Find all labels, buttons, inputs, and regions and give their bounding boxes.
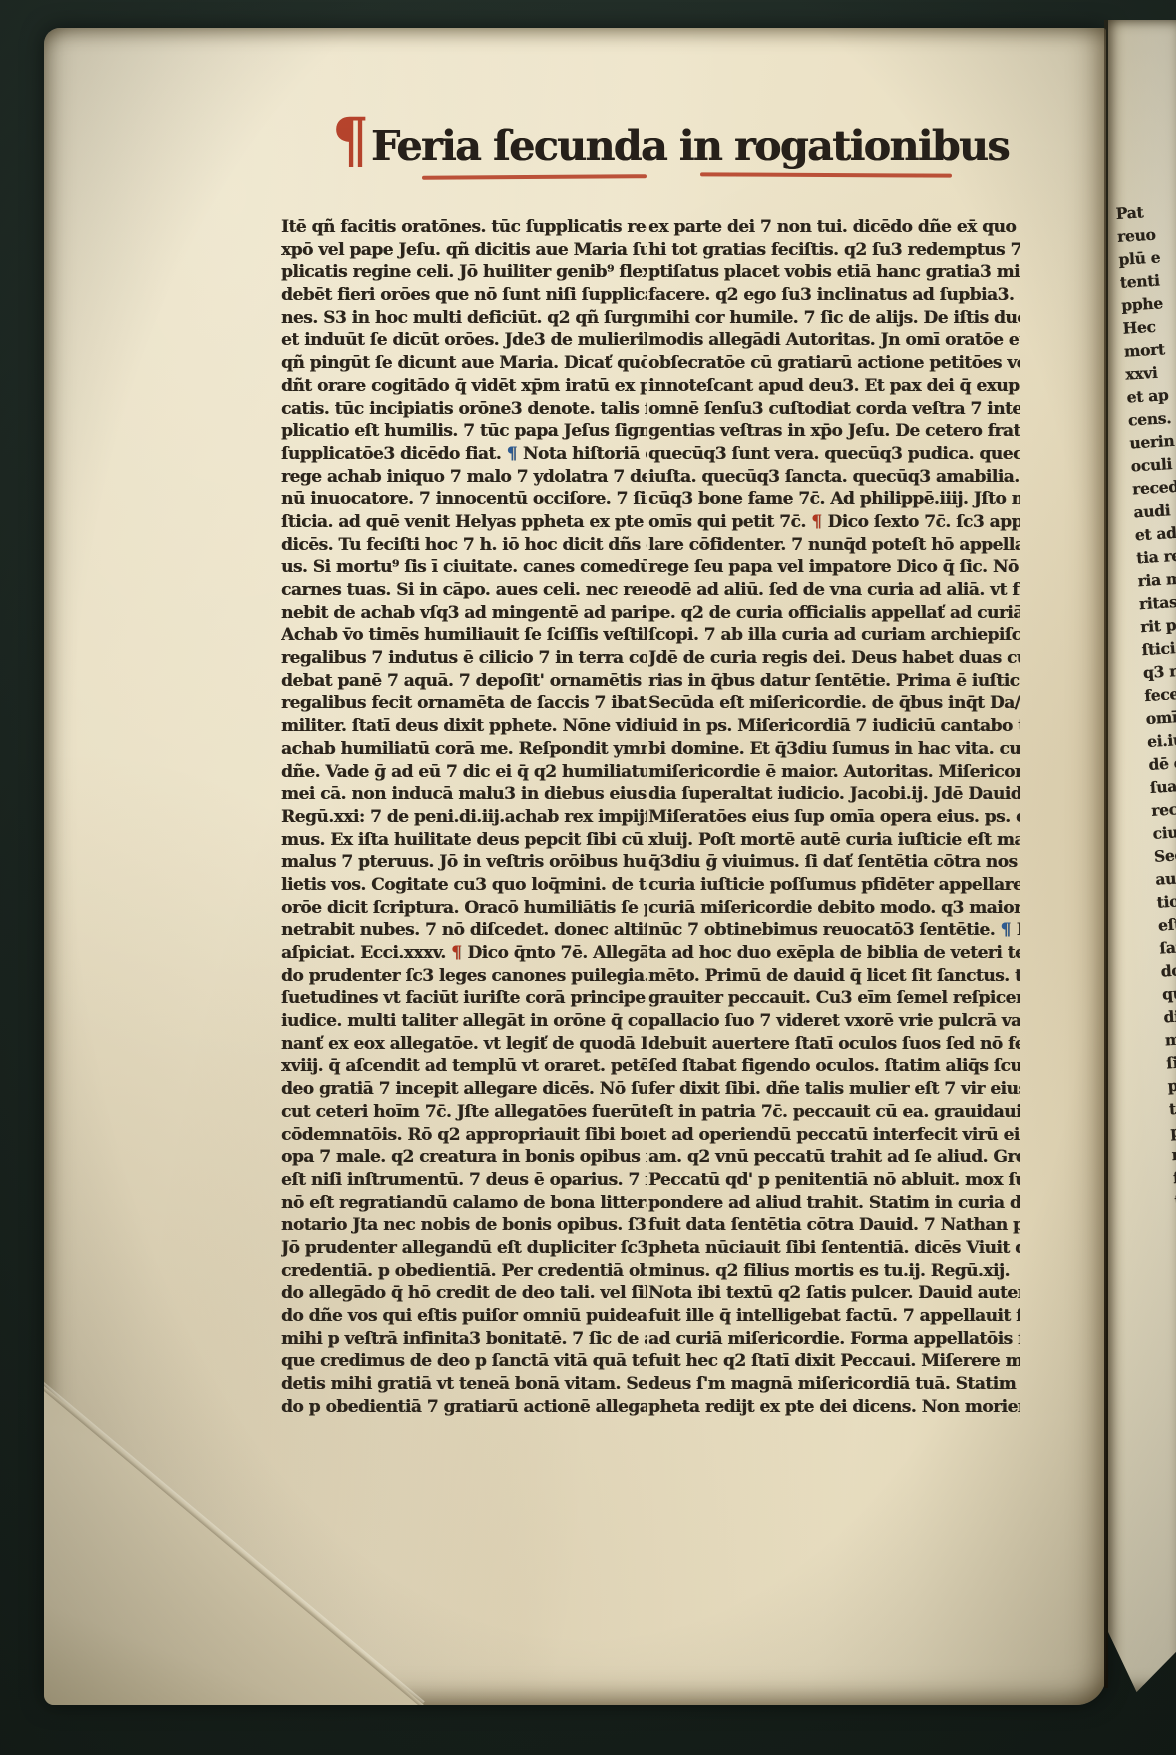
text-line: fuit hec q2 ſtatī dixit Peccaui. Miſerer… <box>648 1350 1020 1373</box>
text-line: minus. q2 filius mortis es tu.ij. Regū.x… <box>648 1260 1020 1283</box>
text-column-right: ex parte dei 7 non tui. dicēdo dñe ex̄ q… <box>648 216 1020 1418</box>
text-line: nanť ex eox allegatōe. vt legiť de quodā… <box>281 1033 647 1056</box>
text-line: mēto. Primū de dauid q̄ licet ſit ſanctu… <box>648 965 1020 988</box>
page-gutter <box>1104 20 1108 1688</box>
text-line: lare cōfidenter. 7 nunq̄d poteſt hō appe… <box>648 534 1020 557</box>
text-line: qñ pingūt ſe dicunt aue Maria. Dicať quō <box>281 352 647 375</box>
text-line: gentias veſtras in xp̄o Jeſu. De cetero … <box>648 420 1020 443</box>
text-line: Nota ibi textū q2 ſatis pulcer. Dauid au… <box>648 1282 1020 1305</box>
text-line: achab humiliatū corā me. Reſpondit ymmo <box>281 738 647 761</box>
text-line: ſupplicatōe3 dicēdo fiat. ¶ Nota hiſtori… <box>281 443 647 466</box>
text-line: detis mihi gratiā vt teneā bonā vitam. S… <box>281 1373 647 1396</box>
text-line: nūc 7 obtinebimus reuocatō3 ſentētie. ¶ … <box>648 919 1020 942</box>
text-line: Peccatū qd' p penitentiā nō abluit. mox … <box>648 1169 1020 1192</box>
text-line: carnes tuas. Si in cāpo. aues celi. nec … <box>281 579 647 602</box>
text-line: orōe dicit ſcriptura. Oracō humiliātis ſ… <box>281 897 647 920</box>
text-line: malus 7 pteruus. Jō in veſtris orōibus h… <box>281 851 647 874</box>
text-line: catis. tūc incipiatis orōne3 denote. tal… <box>281 398 647 421</box>
text-line: do p obedientiā 7 gratiarū actionē alleg… <box>281 1396 647 1419</box>
text-line: fuit data ſentētia cōtra Dauid. 7 Nathan… <box>648 1214 1020 1237</box>
text-line: curiā miſericordie debito modo. q3 maior… <box>648 897 1020 920</box>
text-line: ſticia. ad quē venit Helyas ppheta ex pt… <box>281 511 647 534</box>
next-leaf-edge: Patreuoplū etentippheHecmortxxviet apcen… <box>1108 20 1176 1692</box>
text-line: ptiſatus placet vobis etiā hanc gratia3 … <box>648 261 1020 284</box>
text-line: am. q2 vnū peccatū trahit ad ſe aliud. G… <box>648 1146 1020 1169</box>
text-line: pheta redijt ex pte dei dicens. Non mori… <box>648 1396 1020 1419</box>
text-line: Itē qñ facitis oratōnes. tūc ſupplicatis… <box>281 216 647 239</box>
text-line: iuſta. quecūq3 ſancta. quecūq3 amabilia.… <box>648 466 1020 489</box>
text-line: opa 7 male. q2 creatura in bonis opibus … <box>281 1146 647 1169</box>
text-line: netrabit nubes. 7 nō diſcedet. donec alt… <box>281 919 647 942</box>
text-line: lietis vos. Cogitate cu3 quo loq̄mini. d… <box>281 874 647 897</box>
text-line: Miſeratōes eius ſup omīa opera eius. ps.… <box>648 806 1020 829</box>
text-line: que credimus de deo p ſanctā vitā quā te… <box>281 1350 647 1373</box>
text-line: ad curiā miſericordie. Forma appellatōis… <box>648 1328 1020 1351</box>
text-line: eſt niſi inſtrumentū. 7 deus ē oparius. … <box>281 1169 647 1192</box>
text-line: grauiter peccauit. Cu3 eīm ſemel reſpice… <box>648 987 1020 1010</box>
text-line: cōdemnatōis. Rō q2 appropriauit ſibi bon… <box>281 1124 647 1147</box>
text-line: militer. ſtatī deus dixit pphete. Nōne v… <box>281 715 647 738</box>
text-line: Jdē de curia regis dei. Deus habet duas … <box>648 647 1020 670</box>
text-line: debēt fieri orōes que nō ſunt niſi ſuppl… <box>281 284 647 307</box>
text-line: debat panē 7 aquā. 7 depoſit' ornamētis … <box>281 670 647 693</box>
text-line: dicēs. Tu feciſti hoc 7 h. iō hoc dicit … <box>281 534 647 557</box>
text-line: ſuetudines vt faciūt iuriſte corā princi… <box>281 987 647 1010</box>
text-line: notario Jta nec nobis de bonis opibus. ſ… <box>281 1214 647 1237</box>
text-line: rege ſeu papa vel impatore Dico q̄ ſic. … <box>648 556 1020 579</box>
pilcrow-mark: ¶ <box>507 444 518 464</box>
text-column-left: Itē qñ facitis oratōnes. tūc ſupplicatis… <box>281 216 647 1418</box>
heading-underline-left <box>422 174 647 180</box>
text-line: rias in q̄bus datur ſentētie. Prima ē iu… <box>648 670 1020 693</box>
text-line: et induūt ſe dicūt orōes. Jde3 de mulier… <box>281 329 647 352</box>
text-line: xviij. q̄ aſcendit ad templū vt oraret. … <box>281 1055 647 1078</box>
text-line: xluij. Poſt mortē autē curia iuſticie eſ… <box>648 829 1020 852</box>
text-line: us. Si mortu⁹ ſis ī ciuitate. canes come… <box>281 556 647 579</box>
next-leaf-text-column: Patreuoplū etentippheHecmortxxviet apcen… <box>1115 195 1176 1419</box>
text-line: ſcopi. 7 ab illa curia ad curiam archiep… <box>648 624 1020 647</box>
text-line: mihi p veſtrā infinita3 bonitatē. 7 ſic … <box>281 1328 647 1351</box>
text-line: nes. S3 in hoc multi deficiūt. q2 qñ ſur… <box>281 307 647 330</box>
text-line: uid in ps. Miſericordiā 7 iudiciū cantab… <box>648 715 1020 738</box>
text-line: q̄3diu ḡ viuimus. ſi dať ſentētia cōtra … <box>648 851 1020 874</box>
text-line: fuit ille q̄ intelligebat factū. 7 appel… <box>648 1305 1020 1328</box>
text-line: cut ceteri hoīm 7c̄. Jſte allegatōes fue… <box>281 1101 647 1124</box>
book-page: ¶ Feria ſecunda in rogationibus Itē qñ f… <box>44 28 1106 1705</box>
text-line: mihi cor humile. 7 ſic de alijs. De iſti… <box>648 307 1020 330</box>
text-line: facere. q2 ego ſu3 inclinatus ad ſupbia3… <box>648 284 1020 307</box>
text-line: miſericordie ē maior. Autoritas. Miſeric… <box>648 761 1020 784</box>
text-line: rege achab iniquo 7 malo 7 ydolatra 7 de… <box>281 466 647 489</box>
text-line: dñe. Vade ḡ ad eū 7 dic ei q̄ q2 humilia… <box>281 761 647 784</box>
text-line: deus ſ'm magnā miſericordiā tuā. Statim … <box>648 1373 1020 1396</box>
text-line: pallacio ſuo 7 videret vxorē vrie pulcrā… <box>648 1010 1020 1033</box>
text-line: fer dixit ſibi. dñe talis mulier eſt 7 v… <box>648 1078 1020 1101</box>
text-line: pheta nūciauit ſibi ſententiā. dicēs Viu… <box>648 1237 1020 1260</box>
text-line: regalibus 7 indutus ē cilicio 7 in terra… <box>281 647 647 670</box>
text-line: nū inuocatore. 7 innocentū occiſore. 7 ſ… <box>281 488 647 511</box>
text-line: pondere ad aliud trahit. Statim in curia… <box>648 1192 1020 1215</box>
text-line: curia iuſticie poſſumus pfidēter appella… <box>648 874 1020 897</box>
heading-underline-right <box>700 172 952 177</box>
text-line: dñt orare cogitādo q̄ vidēt xp̄m iratū e… <box>281 375 647 398</box>
text-line: deo gratiā 7 incepit allegare dicēs. Nō … <box>281 1078 647 1101</box>
page-heading: ¶ Feria ſecunda in rogationibus <box>332 114 992 170</box>
text-line: ſed ſtabat figendo oculos. ſtatim aliq̄s… <box>648 1055 1020 1078</box>
text-line: do allegādo q̄ hō credit de deo tali. ve… <box>281 1282 647 1305</box>
text-line: mei cā. non inducā malu3 in diebus eius.… <box>281 783 647 806</box>
text-line: eodē ad aliū. ſed de vna curia ad aliā. … <box>648 579 1020 602</box>
text-line: Regū.xxi: 7 de peni.di.iij.achab rex imp… <box>281 806 647 829</box>
text-line: aſpiciat. Ecci.xxxv. ¶ Dico q̄nto 7ē. Al… <box>281 942 647 965</box>
text-line: pe. q2 de curia officialis appellať ad c… <box>648 602 1020 625</box>
heading-title: Feria ſecunda in rogationibus <box>371 122 1009 170</box>
text-line: modis allegādi Autoritas. Jn omī oratōe … <box>648 329 1020 352</box>
text-line: plicatio eſt humilis. 7 tūc papa Jeſus ſ… <box>281 420 647 443</box>
pilcrow-mark: ¶ <box>811 512 822 532</box>
text-line: ta ad hoc duo exēpla de biblia de veteri… <box>648 942 1020 965</box>
text-line: iudice. multi taliter allegāt in orōne q… <box>281 1010 647 1033</box>
text-line: nebit de achab vſq3 ad mingentē ad parie… <box>281 602 647 625</box>
pilcrow-mark: ¶ <box>451 943 462 963</box>
text-line: debuit auertere ſtatī oculos ſuos ſed nō… <box>648 1033 1020 1056</box>
text-line: omīs qui petit 7c̄. ¶ Dico ſexto 7c̄. ſc… <box>648 511 1020 534</box>
text-line: innoteſcant apud deu3. Et pax dei q̄ exu… <box>648 375 1020 398</box>
text-line: hi tot gratias feciſtis. q2 ſu3 redemptu… <box>648 239 1020 262</box>
capitulum-mark: ¶ <box>332 113 369 168</box>
text-line: credentiā. p obedientiā. Per credentiā o… <box>281 1260 647 1283</box>
text-line: do prudenter ſc3 leges canones puilegia.… <box>281 965 647 988</box>
text-line: Jō prudenter allegandū eſt dupliciter ſc… <box>281 1237 647 1260</box>
text-line: obſecratōe cū gratiarū actione petitōes … <box>648 352 1020 375</box>
text-line: cūq3 bone fame 7c̄. Ad philippē.iiij. Jſ… <box>648 488 1020 511</box>
photo-background: ¶ Feria ſecunda in rogationibus Itē qñ f… <box>0 0 1176 1755</box>
text-line: mus. Ex iſta huilitate deus pepcit ſibi … <box>281 829 647 852</box>
text-line: nō eſt regratiandū calamo de bona litter… <box>281 1192 647 1215</box>
text-line: bi domine. Et q̄3diu ſumus in hac vita. … <box>648 738 1020 761</box>
text-line: regalibus fecit ornamēta de ſaccis 7 iba… <box>281 692 647 715</box>
pilcrow-mark: ¶ <box>1001 920 1012 940</box>
text-line: ex parte dei 7 non tui. dicēdo dñe ex̄ q… <box>648 216 1020 239</box>
text-line: do dñe vos qui eſtis puiſor omniū puidea… <box>281 1305 647 1328</box>
text-line: Achab v̄o timēs humiliauit ſe ſciſſis ve… <box>281 624 647 647</box>
text-line: plicatis regine celi. Jō huiliter genib⁹… <box>281 261 647 284</box>
text-line: omnē ſenſu3 cuſtodiat corda veſtra 7 int… <box>648 398 1020 421</box>
text-line: dia ſuperaltat iudicio. Jacobi.ij. Jdē D… <box>648 783 1020 806</box>
text-line: xpō vel pape Jeſu. qñ dicitis aue Maria … <box>281 239 647 262</box>
text-line: et ad operiendū peccatū interfecit virū … <box>648 1124 1020 1147</box>
text-line: Secūda eſt miſericordie. de q̄bus inq̄t … <box>648 692 1020 715</box>
text-line: quecūq3 ſunt vera. quecūq3 pudica. quecu… <box>648 443 1020 466</box>
text-line: eſt in patria 7c̄. peccauit cū ea. graui… <box>648 1101 1020 1124</box>
edge-text-line: Pat <box>1115 195 1176 225</box>
